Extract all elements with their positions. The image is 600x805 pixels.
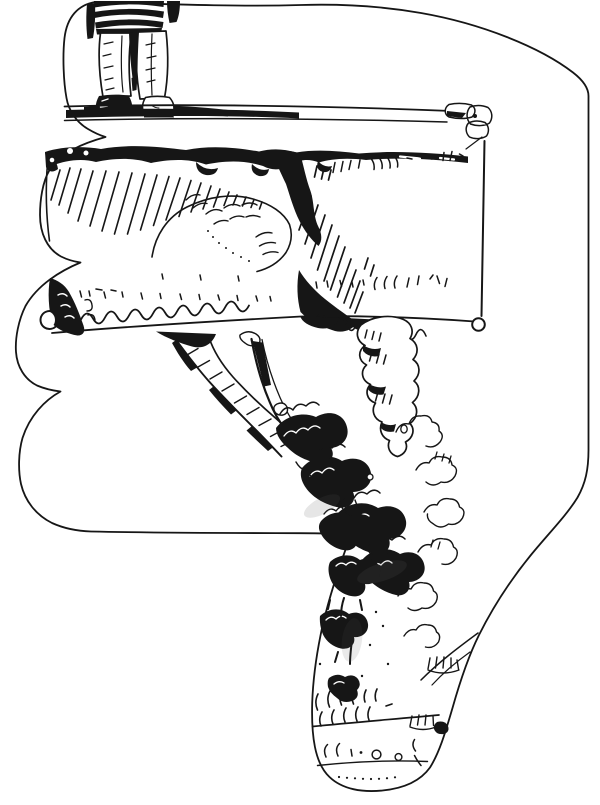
plank-ledge	[65, 103, 492, 149]
artwork-canvas: Ink drawing: tiny figure standing on a p…	[0, 0, 600, 805]
rock-band-hole	[84, 151, 89, 156]
strata-line-lower	[318, 761, 428, 766]
cliff-rock	[37, 141, 485, 339]
tip-dot-row	[338, 776, 396, 780]
thumb-strata	[313, 715, 440, 780]
rock-face-tick-row	[80, 274, 271, 301]
small-circle-detail	[367, 474, 373, 480]
shirt-hem-stripes	[94, 1, 164, 29]
trunk-top-shadow	[156, 332, 216, 348]
pebble-circle	[395, 754, 402, 761]
left-trouser-leg	[99, 33, 131, 97]
right-knobby-trunk	[357, 316, 419, 456]
claw-bush-blob	[434, 722, 449, 735]
plank-dark-underside	[66, 109, 299, 119]
rock-dome-outline	[152, 196, 291, 271]
rock-crevice	[273, 151, 321, 246]
thumb-foliage	[316, 506, 478, 734]
rock-band-hole	[67, 148, 73, 154]
rock-hatch-fan	[51, 168, 262, 234]
figure-legs	[84, 1, 228, 118]
left-hip-shadow	[86, 3, 95, 39]
dome-dotted-trail	[207, 230, 250, 262]
pebble-dot	[360, 751, 363, 754]
rock-band-hole	[50, 158, 55, 163]
plank-end-knob	[445, 103, 492, 138]
sleeve-strip	[167, 1, 180, 23]
pebble-circle	[372, 750, 381, 759]
plumb-weight-knob	[472, 318, 485, 331]
plank-bottom-line	[65, 119, 448, 122]
plumb-line	[482, 141, 485, 316]
wedge-curls	[85, 300, 95, 320]
trunk-eye-ring	[401, 425, 407, 433]
plank-end-dot	[473, 114, 477, 118]
thumbs-down-illustration: Ink drawing: tiny figure standing on a p…	[0, 0, 600, 805]
